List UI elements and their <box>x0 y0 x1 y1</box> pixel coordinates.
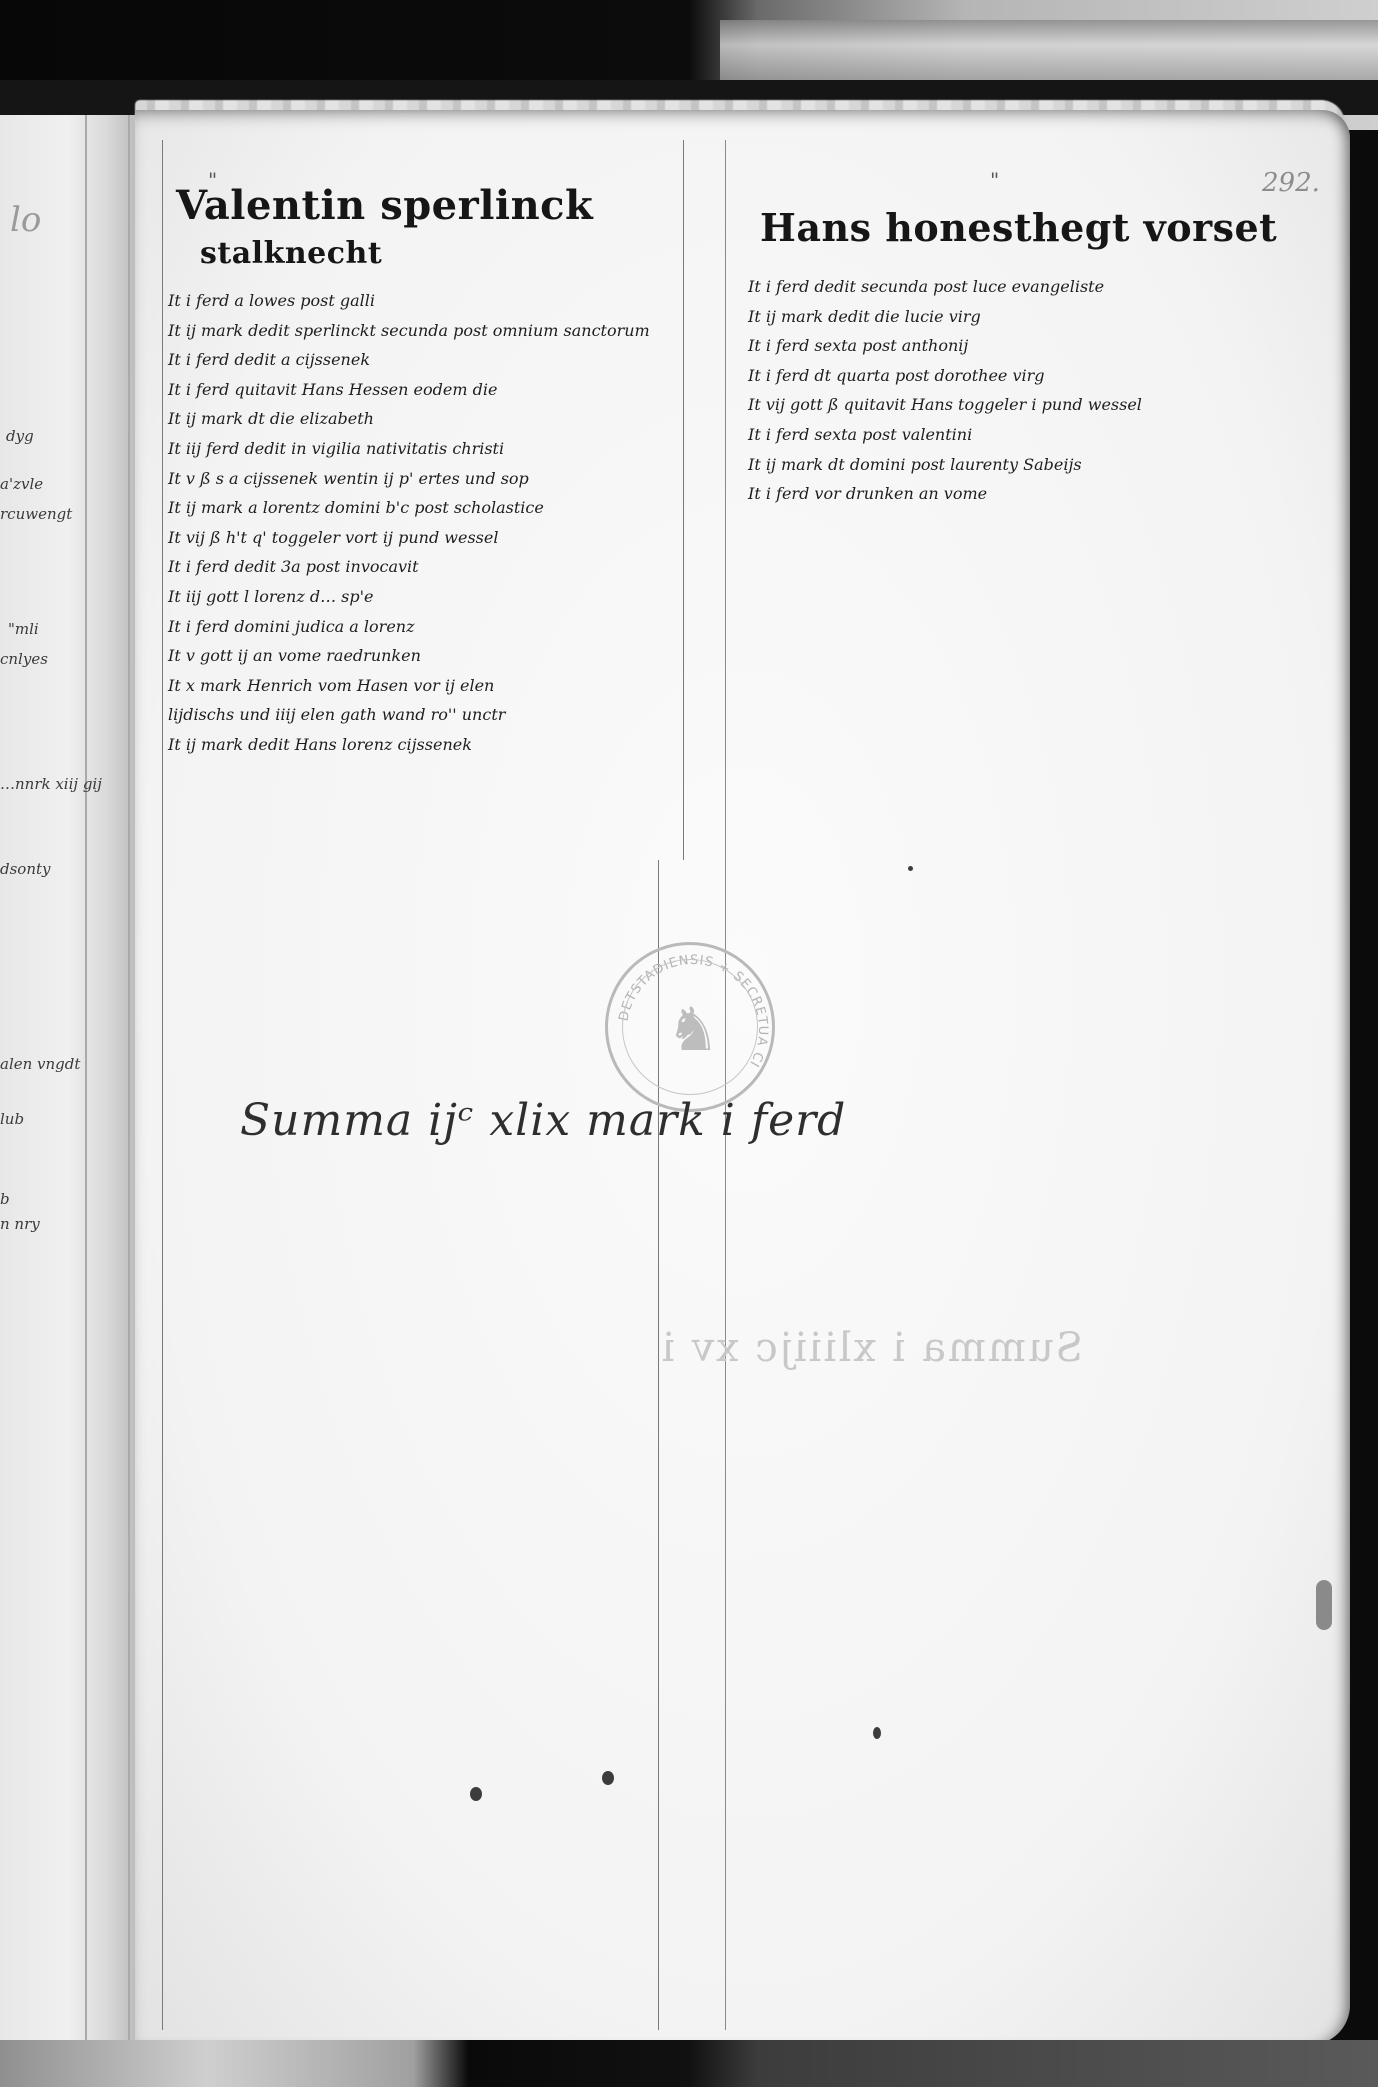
summa-total: Summa ijᶜ xlix mark i ferd <box>240 1095 846 1146</box>
ledger-entry: It iij gott l lorenz d… sp'e <box>168 582 650 612</box>
ledger-entry: It ij mark dedit Hans lorenz cijssenek <box>168 730 650 760</box>
ledger-entry: It vij gott ß quitavit Hans toggeler i p… <box>748 390 1142 420</box>
ledger-entry: It ij mark dedit sperlinckt secunda post… <box>168 316 650 346</box>
left-page-fragment: lo <box>10 200 41 240</box>
page-fold-line <box>85 115 87 2040</box>
left-page-fragment: alen vngdt <box>0 1055 80 1073</box>
ink-spot <box>873 1727 881 1739</box>
left-page-fragment: …nnrk xiij gij <box>0 775 102 793</box>
lion-emblem-icon: ♞ <box>658 990 728 1070</box>
ledger-entry: It i ferd dt quarta post dorothee virg <box>748 361 1142 391</box>
right-column-entries: It i ferd dedit secunda post luce evange… <box>748 272 1142 509</box>
page-stain <box>1316 1580 1332 1630</box>
left-page-fragment: dsonty <box>0 860 51 878</box>
left-page-fragment: "mli <box>8 620 39 638</box>
ledger-entry: It i ferd sexta post anthonij <box>748 331 1142 361</box>
ledger-entry: It v ß s a cijssenek wentin ij p' ertes … <box>168 464 650 494</box>
ink-spot <box>602 1771 614 1785</box>
ledger-entry: It ij mark dt domini post laurenty Sabei… <box>748 450 1142 480</box>
ledger-entry: It i ferd domini judica a lorenz <box>168 612 650 642</box>
archive-stamp: DETSTADIENSIS + SECRETUA CI ♞ <box>605 942 775 1112</box>
ledger-entry: It v gott ij an vome raedrunken <box>168 641 650 671</box>
ledger-entry: It i ferd sexta post valentini <box>748 420 1142 450</box>
ledger-entry: It i ferd dedit secunda post luce evange… <box>748 272 1142 302</box>
left-page-fragment: a'zvle <box>0 475 43 493</box>
left-page-fragment: dyg <box>6 427 34 445</box>
ink-spot <box>470 1787 482 1801</box>
ledger-entry: It x mark Henrich vom Hasen vor ij elen <box>168 671 650 701</box>
right-column-heading: Hans honesthegt vorset <box>760 205 1277 250</box>
heading-tick-mark: " <box>990 168 999 192</box>
bleed-through-text: Summa i xliiijc xv i <box>660 1325 1083 1371</box>
left-column-entries: It i ferd a lowes post galli It ij mark … <box>168 286 650 760</box>
ledger-entry: It i ferd dedit a cijssenek <box>168 345 650 375</box>
ledger-entry: It ij mark dedit die lucie virg <box>748 302 1142 332</box>
ledger-entry: It i ferd vor drunken an vome <box>748 479 1142 509</box>
facing-page-left: lo dyg a'zvle rcuwengt "mli cnlyes …nnrk… <box>0 115 137 2040</box>
left-column-heading: Valentin sperlinck <box>176 182 593 229</box>
left-page-fragment: b <box>0 1190 10 1208</box>
ledger-entry: lijdischs und iiij elen gath wand ro'' u… <box>168 700 650 730</box>
ledger-entry: It i ferd quitavit Hans Hessen eodem die <box>168 375 650 405</box>
ink-spot <box>908 866 913 871</box>
left-page-fragment: n nry <box>0 1215 40 1233</box>
left-page-fragment: lub <box>0 1110 24 1128</box>
ledger-entry: It i ferd dedit 3a post invocavit <box>168 552 650 582</box>
ledger-entry: It ij mark a lorentz domini b'c post sch… <box>168 493 650 523</box>
folio-number: 292. <box>1262 168 1320 198</box>
left-page-fragment: cnlyes <box>0 650 48 668</box>
left-page-fragment: rcuwengt <box>0 505 72 523</box>
ledger-entry: It iij ferd dedit in vigilia nativitatis… <box>168 434 650 464</box>
column-rule <box>683 140 684 860</box>
ledger-entry: It vij ß h't q' toggeler vort ij pund we… <box>168 523 650 553</box>
scanner-background-bottom <box>0 2040 1378 2087</box>
left-column-subheading: stalknecht <box>200 236 382 271</box>
page-fold-line <box>128 115 130 2040</box>
ledger-entry: It i ferd a lowes post galli <box>168 286 650 316</box>
ledger-entry: It ij mark dt die elizabeth <box>168 404 650 434</box>
left-margin-rule <box>162 140 163 2030</box>
scanner-light-band <box>720 20 1378 82</box>
